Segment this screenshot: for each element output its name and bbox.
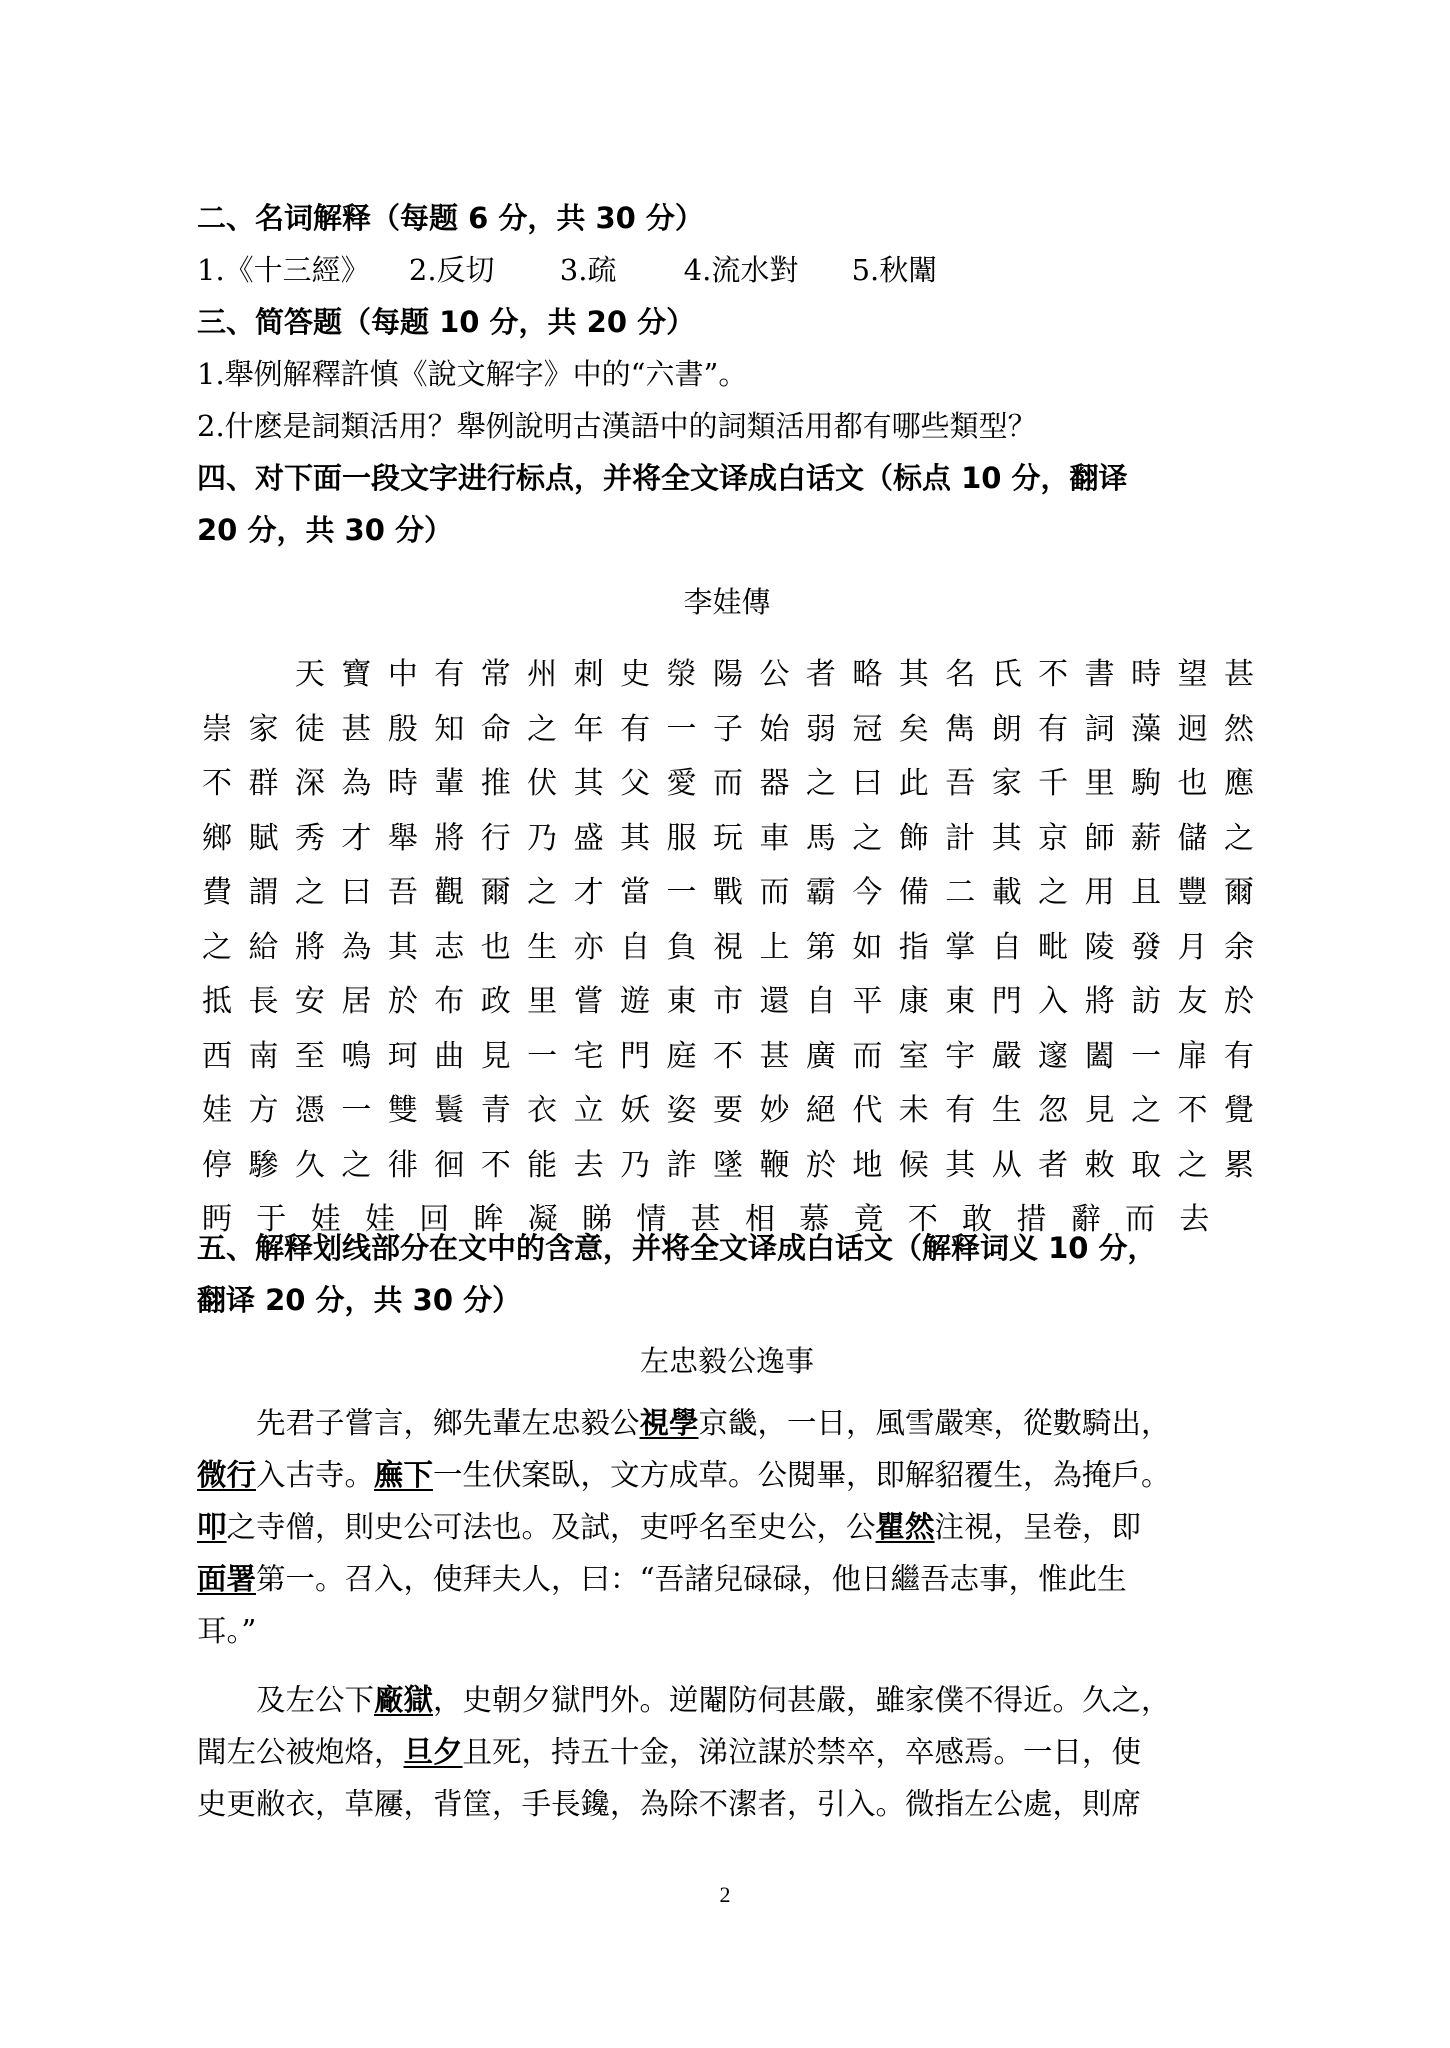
grid-char: 當 [615, 873, 655, 913]
grid-char: 才 [336, 819, 376, 859]
grid-char: 盛 [569, 819, 609, 859]
grid-char: 訪 [1126, 982, 1166, 1022]
grid-char: 發 [1126, 928, 1166, 968]
grid-char: 月 [1173, 928, 1213, 968]
grid-char: 生 [522, 928, 562, 968]
grid-char: 其 [569, 764, 609, 804]
grid-char: 戰 [708, 873, 748, 913]
grid-char: 其 [940, 1146, 980, 1186]
grid-char: 賦 [243, 819, 283, 859]
grid-char: 時 [383, 764, 423, 804]
term-3: 3.疏 [560, 252, 617, 288]
grid-char: 康 [894, 982, 934, 1022]
grid-char: 將 [1080, 982, 1120, 1022]
grid-char: 吾 [940, 764, 980, 804]
prose-text: 之寺僧，則史公可法也。及試，吏呼名至史公，公 [227, 1510, 876, 1544]
section-4-heading-line2: 20 分，共 30 分） [197, 512, 453, 548]
grid-char: 自 [801, 982, 841, 1022]
grid-char: 視 [708, 928, 748, 968]
grid-char: 娃 [197, 1091, 237, 1131]
grid-char: 要 [708, 1091, 748, 1131]
grid-char: 伏 [522, 764, 562, 804]
grid-char: 居 [336, 982, 376, 1022]
grid-char: 寶 [336, 655, 376, 695]
grid-char: 子 [708, 710, 748, 750]
grid-char: 其 [987, 819, 1027, 859]
grid-char: 師 [1080, 819, 1120, 859]
grid-row: 費謂之曰吾觀爾之才當一戰而霸今備二載之用且豐爾 [197, 873, 1259, 913]
prose-text: 第一。召入，使拜夫人，曰：“吾諸兒碌碌，他日繼吾志事，惟此生 [256, 1562, 1127, 1596]
grid-char: 第 [801, 928, 841, 968]
grid-char: 詞 [1080, 710, 1120, 750]
grid-char: 累 [1219, 1146, 1259, 1186]
question-2: 2.什麽是詞類活用？舉例說明古漢語中的詞類活用都有哪些類型？ [197, 408, 1037, 444]
grid-char: 乃 [522, 819, 562, 859]
grid-char: 秀 [290, 819, 330, 859]
grid-char: 謂 [243, 873, 283, 913]
question-1: 1.舉例解釋許慎《說文解字》中的“六書”。 [197, 356, 747, 392]
grid-char: 陽 [708, 655, 748, 695]
section-5-heading-line1: 五、解释划线部分在文中的含意，并将全文译成白话文（解释词义 10 分， [197, 1230, 1157, 1266]
grid-char: 亦 [569, 928, 609, 968]
grid-char: 甚 [754, 1037, 794, 1077]
grid-char: 去 [1174, 1200, 1214, 1240]
prose-text: 先君子嘗言，鄉先輩左忠毅公 [197, 1406, 640, 1440]
grid-char: 望 [1173, 655, 1213, 695]
grid-char: 之 [336, 1146, 376, 1186]
term-5: 5.秋闈 [852, 252, 938, 288]
grid-char: 藻 [1126, 710, 1166, 750]
grid-char: 布 [429, 982, 469, 1022]
term-2: 2.反切 [409, 252, 495, 288]
underlined-term: 瞿然 [876, 1509, 935, 1544]
grid-char: 姿 [662, 1091, 702, 1131]
grid-char: 儲 [1173, 819, 1213, 859]
grid-char: 見 [1080, 1091, 1120, 1131]
prose-text: 及左公下 [197, 1683, 374, 1717]
grid-char: 徘 [383, 1146, 423, 1186]
grid-char: 應 [1219, 764, 1259, 804]
grid-char: 有 [615, 710, 655, 750]
document-page: 二、名词解释（每题 6 分，共 30 分） 1.《十三經》 2.反切 3.疏 4… [0, 0, 1450, 2048]
grid-char: 之 [197, 928, 237, 968]
grid-char: 雙 [383, 1091, 423, 1131]
grid-char: 名 [940, 655, 980, 695]
grid-row: 崇家徒甚殷知命之年有一子始弱冠矣雋朗有詞藻迥然 [197, 710, 1259, 750]
grid-char: 滎 [662, 655, 702, 695]
grid-char: 見 [476, 1037, 516, 1077]
grid-char: 抵 [197, 982, 237, 1022]
grid-char: 長 [243, 982, 283, 1022]
grid-char: 宇 [940, 1037, 980, 1077]
grid-char: 市 [708, 982, 748, 1022]
prose-line: 叩之寺僧，則史公可法也。及試，吏呼名至史公，公瞿然注視，呈卷，即 [197, 1501, 1259, 1553]
grid-char: 家 [243, 710, 283, 750]
grid-char: 東 [662, 982, 702, 1022]
section-3-heading: 三、简答题（每题 10 分，共 20 分） [197, 304, 695, 340]
grid-char: 為 [336, 764, 376, 804]
grid-char: 不 [476, 1146, 516, 1186]
grid-char: 不 [1033, 655, 1073, 695]
underlined-term: 廡下 [374, 1457, 433, 1492]
grid-char: 書 [1080, 655, 1120, 695]
grid-char: 扉 [1173, 1037, 1213, 1077]
grid-char: 之 [522, 873, 562, 913]
grid-char: 載 [987, 873, 1027, 913]
grid-char: 而 [847, 1037, 887, 1077]
grid-char: 馬 [801, 819, 841, 859]
grid-char: 負 [662, 928, 702, 968]
grid-char: 曰 [336, 873, 376, 913]
grid-char: 里 [1080, 764, 1120, 804]
grid-char: 服 [662, 819, 702, 859]
grid-char: 乃 [615, 1146, 655, 1186]
grid-char: 公 [754, 655, 794, 695]
grid-char: 門 [987, 982, 1027, 1022]
grid-char: 自 [987, 928, 1027, 968]
grid-char: 掌 [940, 928, 980, 968]
grid-char: 鬟 [429, 1091, 469, 1131]
grid-char: 京 [1033, 819, 1073, 859]
grid-char: 豐 [1173, 873, 1213, 913]
section-2-heading: 二、名词解释（每题 6 分，共 30 分） [197, 200, 704, 236]
grid-char: 二 [940, 873, 980, 913]
grid-char: 雋 [940, 710, 980, 750]
grid-row: 天寶中有常州刺史滎陽公者略其名氏不書時望甚 [197, 655, 1259, 695]
grid-row: 抵長安居於布政里嘗遊東市還自平康東門入將訪友於 [197, 982, 1259, 1022]
grid-char: 將 [429, 819, 469, 859]
grid-char: 友 [1173, 982, 1213, 1022]
grid-char: 有 [429, 655, 469, 695]
prose-line: 聞左公被炮烙，旦夕且死，持五十金，涕泣謀於禁卒，卒感焉。一日，使 [197, 1726, 1259, 1778]
prose-text: 一生伏案臥，文方成草。公閱畢，即解貂覆生，為掩戶。 [433, 1458, 1171, 1492]
grid-char: 室 [894, 1037, 934, 1077]
grid-char: 不 [708, 1037, 748, 1077]
prose-text: 且死，持五十金，涕泣謀於禁卒，卒感焉。一日，使 [463, 1735, 1142, 1769]
prose-line: 先君子嘗言，鄉先輩左忠毅公視學京畿，一日，風雪嚴寒，從數騎出， [197, 1397, 1259, 1449]
grid-char: 爾 [1219, 873, 1259, 913]
prose-text: 史更敝衣，草屨，背筐，手長鑱，為除不潔者，引入。微指左公處，則席 [197, 1787, 1141, 1821]
grid-char: 者 [801, 655, 841, 695]
grid-char: 家 [987, 764, 1027, 804]
grid-char: 候 [894, 1146, 934, 1186]
grid-char: 之 [290, 873, 330, 913]
grid-char: 妙 [754, 1091, 794, 1131]
grid-char: 費 [197, 873, 237, 913]
grid-char: 憑 [290, 1091, 330, 1131]
grid-char: 而 [708, 764, 748, 804]
grid-char: 安 [290, 982, 330, 1022]
grid-char: 之 [1219, 819, 1259, 859]
grid-char: 久 [290, 1146, 330, 1186]
grid-char: 中 [383, 655, 423, 695]
grid-char: 未 [894, 1091, 934, 1131]
grid-char: 今 [847, 873, 887, 913]
grid-char: 器 [754, 764, 794, 804]
grid-char: 輩 [429, 764, 469, 804]
grid-char: 於 [383, 982, 423, 1022]
grid-char: 妖 [615, 1091, 655, 1131]
grid-char: 遊 [615, 982, 655, 1022]
prose-line: 史更敝衣，草屨，背筐，手長鑱，為除不潔者，引入。微指左公處，則席 [197, 1778, 1259, 1830]
grid-char: 地 [847, 1146, 887, 1186]
grid-char: 生 [987, 1091, 1027, 1131]
grid-char: 政 [476, 982, 516, 1022]
grid-char: 去 [569, 1146, 609, 1186]
grid-char: 驂 [243, 1146, 283, 1186]
grid-char: 備 [894, 873, 934, 913]
grid-char: 甚 [1219, 655, 1259, 695]
grid-char: 庭 [662, 1037, 702, 1077]
passage-title-li-wa-zhuan: 李娃傳 [197, 584, 1257, 620]
grid-char: 从 [987, 1146, 1027, 1186]
grid-char: 曰 [847, 764, 887, 804]
grid-char: 不 [1173, 1091, 1213, 1131]
grid-char: 飾 [894, 819, 934, 859]
grid-char: 才 [569, 873, 609, 913]
grid-char: 志 [429, 928, 469, 968]
grid-char: 給 [243, 928, 283, 968]
grid-char: 還 [754, 982, 794, 1022]
grid-char [243, 655, 283, 695]
underlined-term: 視學 [640, 1405, 699, 1440]
grid-char: 迥 [1173, 710, 1213, 750]
grid-row: 之給將為其志也生亦自負視上第如指掌自毗陵發月余 [197, 928, 1259, 968]
grid-char: 計 [940, 819, 980, 859]
grid-char: 且 [1126, 873, 1166, 913]
grid-char: 徊 [429, 1146, 469, 1186]
grid-char: 墜 [708, 1146, 748, 1186]
grid-char: 舉 [383, 819, 423, 859]
grid-char: 州 [522, 655, 562, 695]
prose-text: 京畿，一日，風雪嚴寒，從數騎出， [699, 1406, 1171, 1440]
grid-char: 推 [476, 764, 516, 804]
grid-char: 立 [569, 1091, 609, 1131]
grid-char: 忽 [1033, 1091, 1073, 1131]
grid-char: 鄉 [197, 819, 237, 859]
grid-char: 觀 [429, 873, 469, 913]
grid-char: 之 [801, 764, 841, 804]
grid-char: 門 [615, 1037, 655, 1077]
grid-char: 闔 [1080, 1037, 1120, 1077]
grid-char: 不 [197, 764, 237, 804]
grid-char: 廣 [801, 1037, 841, 1077]
grid-char: 父 [615, 764, 655, 804]
grid-row: 停驂久之徘徊不能去乃詐墜鞭於地候其从者敕取之累 [197, 1146, 1259, 1186]
prose-line: 面署第一。召入，使拜夫人，曰：“吾諸兒碌碌，他日繼吾志事，惟此生 [197, 1553, 1259, 1605]
grid-char: 冠 [847, 710, 887, 750]
passage-title-zuo-zhongyi: 左忠毅公逸事 [197, 1343, 1257, 1379]
prose-text: 聞左公被炮烙， [197, 1735, 404, 1769]
grid-char: 常 [476, 655, 516, 695]
grid-char: 其 [615, 819, 655, 859]
grid-char: 其 [383, 928, 423, 968]
grid-char: 余 [1219, 928, 1259, 968]
grid-char: 詐 [662, 1146, 702, 1186]
section-2-terms: 1.《十三經》 2.反切 3.疏 4.流水對 5.秋闈 [197, 252, 937, 288]
underlined-term: 面署 [197, 1561, 256, 1596]
grid-char: 如 [847, 928, 887, 968]
grid-char: 也 [1173, 764, 1213, 804]
grid-char: 曲 [429, 1037, 469, 1077]
grid-char: 之 [522, 710, 562, 750]
grid-char: 能 [522, 1146, 562, 1186]
grid-char: 將 [290, 928, 330, 968]
underlined-term: 微行 [197, 1457, 256, 1492]
prose-line: 耳。” [197, 1605, 1259, 1657]
grid-char: 嚴 [987, 1037, 1027, 1077]
grid-char: 愛 [662, 764, 702, 804]
grid-char: 於 [1219, 982, 1259, 1022]
page-number: 2 [0, 1882, 1450, 1908]
grid-char: 爾 [476, 873, 516, 913]
grid-char: 青 [476, 1091, 516, 1131]
grid-char: 有 [1219, 1037, 1259, 1077]
grid-char: 於 [801, 1146, 841, 1186]
grid-char: 鞭 [754, 1146, 794, 1186]
grid-row: 鄉賦秀才舉將行乃盛其服玩車馬之飾計其京師薪儲之 [197, 819, 1259, 859]
term-4: 4.流水對 [684, 252, 799, 288]
grid-row: 娃方憑一雙鬟青衣立妖姿要妙絕代未有生忽見之不覺 [197, 1091, 1259, 1131]
grid-char: 者 [1033, 1146, 1073, 1186]
grid-char: 東 [940, 982, 980, 1022]
grid-char: 陵 [1080, 928, 1120, 968]
grid-char: 然 [1219, 710, 1259, 750]
grid-char: 一 [1126, 1037, 1166, 1077]
grid-char: 行 [476, 819, 516, 859]
grid-char: 方 [243, 1091, 283, 1131]
prose-text: 入古寺。 [256, 1458, 374, 1492]
grid-char: 邃 [1033, 1037, 1073, 1077]
grid-char: 之 [1033, 873, 1073, 913]
grid-char: 里 [522, 982, 562, 1022]
grid-char: 深 [290, 764, 330, 804]
grid-char: 一 [522, 1037, 562, 1077]
grid-char: 殷 [383, 710, 423, 750]
grid-char: 霸 [801, 873, 841, 913]
grid-char: 入 [1033, 982, 1073, 1022]
grid-char: 一 [662, 710, 702, 750]
prose-text: ，史朝夕獄門外。逆閹防伺甚嚴，雖家僕不得近。久之， [433, 1683, 1171, 1717]
grid-char: 敕 [1080, 1146, 1120, 1186]
grid-char: 嘗 [569, 982, 609, 1022]
grid-char: 平 [847, 982, 887, 1022]
grid-char: 朗 [987, 710, 1027, 750]
grid-char: 命 [476, 710, 516, 750]
grid-char: 年 [569, 710, 609, 750]
grid-char: 自 [615, 928, 655, 968]
grid-char: 有 [940, 1091, 980, 1131]
grid-char: 之 [1126, 1091, 1166, 1131]
grid-char: 吾 [383, 873, 423, 913]
grid-char: 略 [847, 655, 887, 695]
grid-char: 駒 [1126, 764, 1166, 804]
grid-char: 上 [754, 928, 794, 968]
grid-char: 代 [847, 1091, 887, 1131]
grid-char: 時 [1126, 655, 1166, 695]
grid-char: 其 [894, 655, 934, 695]
grid-char: 南 [243, 1037, 283, 1077]
grid-char: 之 [1173, 1146, 1213, 1186]
grid-char: 矣 [894, 710, 934, 750]
prose-line: 及左公下廠獄，史朝夕獄門外。逆閹防伺甚嚴，雖家僕不得近。久之， [197, 1674, 1259, 1726]
underlined-term: 旦夕 [404, 1734, 463, 1769]
grid-char: 宅 [569, 1037, 609, 1077]
grid-char: 知 [429, 710, 469, 750]
prose-line: 微行入古寺。廡下一生伏案臥，文方成草。公閱畢，即解貂覆生，為掩戶。 [197, 1449, 1259, 1501]
grid-char [197, 655, 237, 695]
grid-char: 用 [1080, 873, 1120, 913]
grid-char: 覺 [1219, 1091, 1259, 1131]
grid-char: 史 [615, 655, 655, 695]
grid-char: 取 [1126, 1146, 1166, 1186]
grid-char: 至 [290, 1037, 330, 1077]
grid-char: 一 [662, 873, 702, 913]
grid-char: 珂 [383, 1037, 423, 1077]
grid-char: 千 [1033, 764, 1073, 804]
grid-char: 也 [476, 928, 516, 968]
grid-char: 鳴 [336, 1037, 376, 1077]
grid-char: 徒 [290, 710, 330, 750]
grid-char: 毗 [1033, 928, 1073, 968]
grid-char: 而 [754, 873, 794, 913]
prose-text: 注視，呈卷，即 [935, 1510, 1142, 1544]
grid-char: 停 [197, 1146, 237, 1186]
grid-char: 刺 [569, 655, 609, 695]
section-5-heading-line2: 翻译 20 分，共 30 分） [197, 1282, 521, 1318]
prose-text: 耳。” [197, 1614, 256, 1648]
grid-char: 天 [290, 655, 330, 695]
grid-char: 衣 [522, 1091, 562, 1131]
grid-char: 車 [754, 819, 794, 859]
grid-char: 之 [847, 819, 887, 859]
section-4-heading-line1: 四、对下面一段文字进行标点，并将全文译成白话文（标点 10 分，翻译 [197, 460, 1128, 496]
grid-row: 西南至鳴珂曲見一宅門庭不甚廣而室宇嚴邃闔一扉有 [197, 1037, 1259, 1077]
grid-char: 群 [243, 764, 283, 804]
grid-char: 甚 [336, 710, 376, 750]
grid-char: 氏 [987, 655, 1027, 695]
grid-char: 始 [754, 710, 794, 750]
term-1: 1.《十三經》 [197, 252, 370, 288]
grid-char: 此 [894, 764, 934, 804]
grid-char: 指 [894, 928, 934, 968]
grid-char: 崇 [197, 710, 237, 750]
grid-char: 玩 [708, 819, 748, 859]
grid-char: 西 [197, 1037, 237, 1077]
grid-char: 弱 [801, 710, 841, 750]
grid-char: 絕 [801, 1091, 841, 1131]
grid-char: 薪 [1126, 819, 1166, 859]
grid-char: 一 [336, 1091, 376, 1131]
grid-row: 不群深為時輩推伏其父愛而器之曰此吾家千里駒也應 [197, 764, 1259, 804]
grid-char: 為 [336, 928, 376, 968]
grid-char: 有 [1033, 710, 1073, 750]
underlined-term: 廠獄 [374, 1682, 433, 1717]
underlined-term: 叩 [197, 1509, 227, 1544]
